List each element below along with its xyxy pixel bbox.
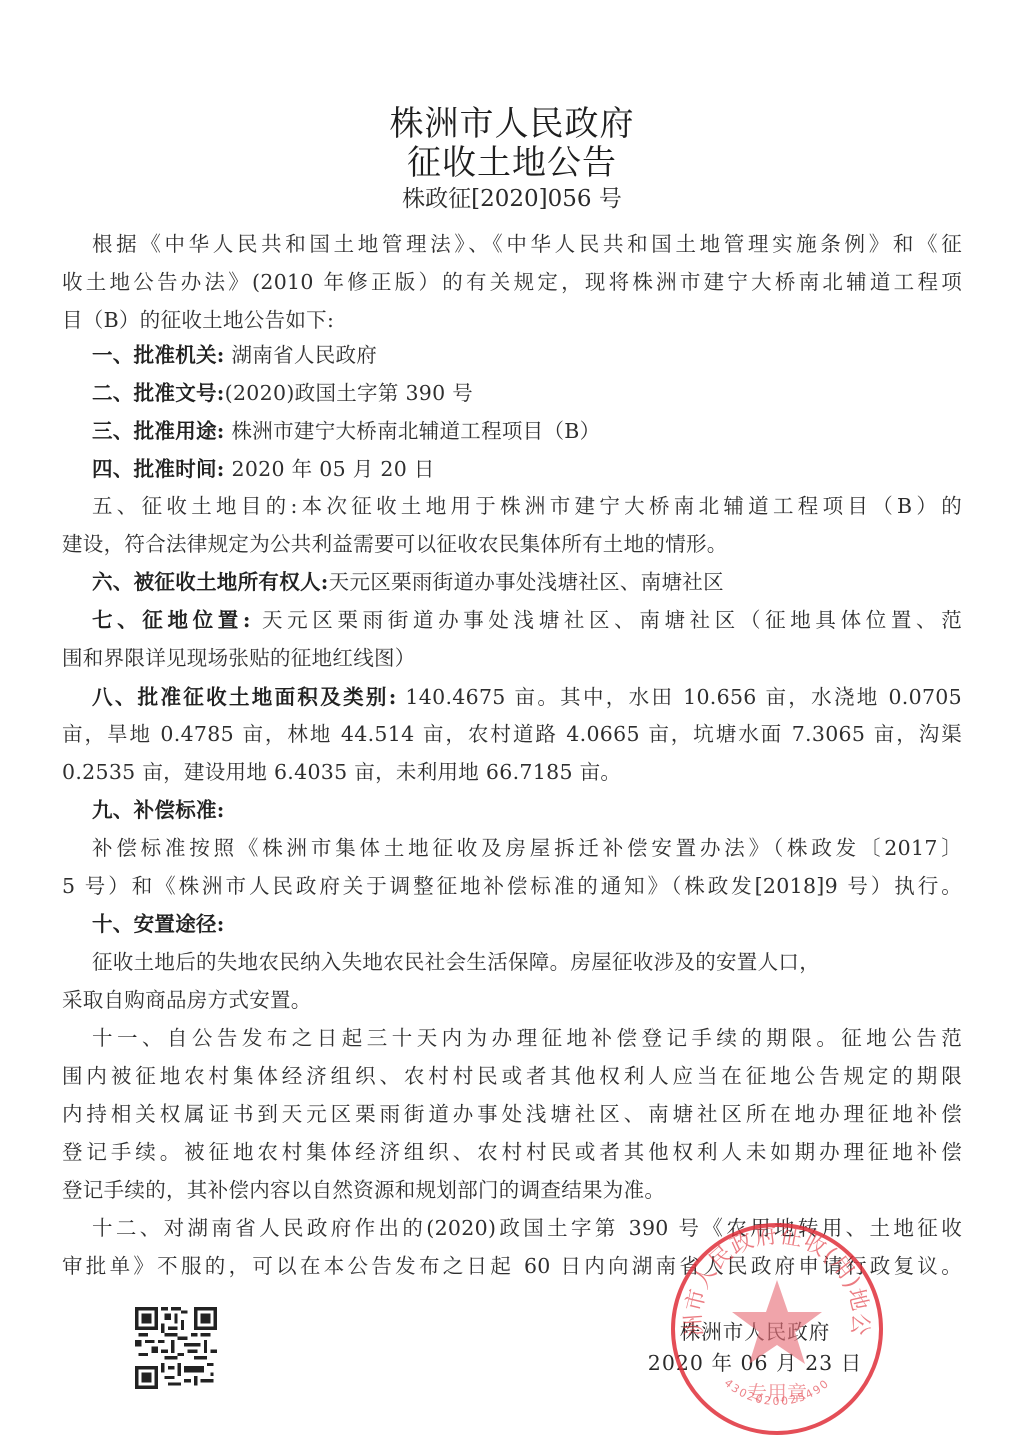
section-label: 一、批准机关:: [92, 343, 225, 367]
section-area-line-1: 八、批准征收土地面积及类别: 140.4675 亩。其中，水田 10.656 亩…: [92, 683, 962, 711]
section-registration-line-4: 登记手续。被征地农村集体经济组织、农村村民或者其他权利人未如期办理征地补偿: [62, 1138, 962, 1166]
intro-line-3: 目（B）的征收土地公告如下:: [62, 306, 962, 334]
section-value: 天元区栗雨街道办事处浅塘社区、南塘社区（征地具体位置、范: [251, 608, 962, 632]
section-value: 天元区栗雨街道办事处浅塘社区、南塘社区: [329, 570, 724, 594]
section-value: 2020 年 05 月 20 日: [225, 457, 435, 481]
section-land-owners: 六、被征收土地所有权人:天元区栗雨街道办事处浅塘社区、南塘社区: [92, 568, 962, 596]
section-compensation-line-1: 补偿标准按照《株洲市集体土地征收及房屋拆迁补偿安置办法》（株政发〔2017〕: [92, 834, 962, 862]
section-registration-line-2: 围内被征地农村集体经济组织、农村村民或者其他权利人应当在征地公告规定的期限: [62, 1062, 962, 1090]
section-approval-date: 四、批准时间: 2020 年 05 月 20 日: [92, 455, 962, 483]
section-compensation-heading: 九、补偿标准:: [92, 796, 962, 824]
signature-date: 2020 年 06 月 23 日: [640, 1349, 870, 1377]
section-value: 140.4675 亩。其中，水田 10.656 亩，水浇地 0.0705: [397, 685, 962, 709]
section-resettlement-line-2: 采取自购商品房方式安置。: [62, 986, 962, 1014]
section-resettlement-heading: 十、安置途径:: [92, 910, 962, 938]
section-value: (2020)政国土字第 390 号: [225, 381, 473, 405]
section-area-line-2: 亩，旱地 0.4785 亩，林地 44.514 亩，农村道路 4.0665 亩，…: [62, 720, 962, 748]
section-label: 二、批准文号:: [92, 381, 225, 405]
section-purpose-line-1: 五、征收土地目的:本次征收土地用于株洲市建宁大桥南北辅道工程项目（B）的: [92, 492, 962, 520]
section-value: 株洲市建宁大桥南北辅道工程项目（B）: [225, 419, 601, 443]
intro-line-2: 收土地公告办法》(2010 年修正版）的有关规定，现将株洲市建宁大桥南北辅道工程…: [62, 268, 962, 296]
section-purpose-line-2: 建设，符合法律规定为公共利益需要可以征收农民集体所有土地的情形。: [62, 530, 962, 558]
section-area-line-3: 0.2535 亩，建设用地 6.4035 亩，未利用地 66.7185 亩。: [62, 758, 962, 786]
intro-line-1: 根据《中华人民共和国土地管理法》、《中华人民共和国土地管理实施条例》和《征: [92, 230, 962, 258]
section-registration-line-3: 内持相关权属证书到天元区栗雨街道办事处浅塘社区、南塘社区所在地办理征地补偿: [62, 1100, 962, 1128]
section-appeal-line-2: 审批单》不服的，可以在本公告发布之日起 60 日内向湖南省人民政府申请行政复议。: [62, 1252, 962, 1280]
section-label: 七、征地位置:: [92, 608, 251, 632]
signature-issuer: 株洲市人民政府: [640, 1318, 870, 1346]
section-appeal-line-1: 十二、对湖南省人民政府作出的(2020)政国土字第 390 号《农用地转用、土地…: [92, 1214, 962, 1242]
section-label: 三、批准用途:: [92, 419, 225, 443]
section-location-line-1: 七、征地位置: 天元区栗雨街道办事处浅塘社区、南塘社区（征地具体位置、范: [92, 606, 962, 634]
document-number: 株政征[2020]056 号: [0, 184, 1024, 214]
section-approval-number: 二、批准文号:(2020)政国土字第 390 号: [92, 379, 962, 407]
qr-code-icon[interactable]: [135, 1307, 217, 1389]
page-title-notice: 征收土地公告: [0, 143, 1024, 183]
section-approval-purpose: 三、批准用途: 株洲市建宁大桥南北辅道工程项目（B）: [92, 417, 962, 445]
section-label: 六、被征收土地所有权人:: [92, 570, 329, 594]
section-registration-line-1: 十一、自公告发布之日起三十天内为办理征地补偿登记手续的期限。征地公告范: [92, 1024, 962, 1052]
page-title-issuer: 株洲市人民政府: [0, 104, 1024, 144]
section-label: 八、批准征收土地面积及类别:: [92, 685, 397, 709]
section-value: 湖南省人民政府: [225, 343, 377, 367]
svg-text:专用章: 专用章: [747, 1381, 807, 1405]
section-registration-line-5: 登记手续的，其补偿内容以自然资源和规划部门的调查结果为准。: [62, 1176, 962, 1204]
section-resettlement-line-1: 征收土地后的失地农民纳入失地农民社会生活保障。房屋征收涉及的安置人口，: [92, 948, 962, 976]
section-label: 四、批准时间:: [92, 457, 225, 481]
section-compensation-line-2: 5 号）和《株洲市人民政府关于调整征地补偿标准的通知》（株政发[2018]9 号…: [62, 872, 962, 900]
section-location-line-2: 围和界限详见现场张贴的征地红线图）: [62, 644, 962, 672]
section-approval-authority: 一、批准机关: 湖南省人民政府: [92, 341, 962, 369]
svg-text:4302020025490: 4302020025490: [722, 1376, 833, 1408]
